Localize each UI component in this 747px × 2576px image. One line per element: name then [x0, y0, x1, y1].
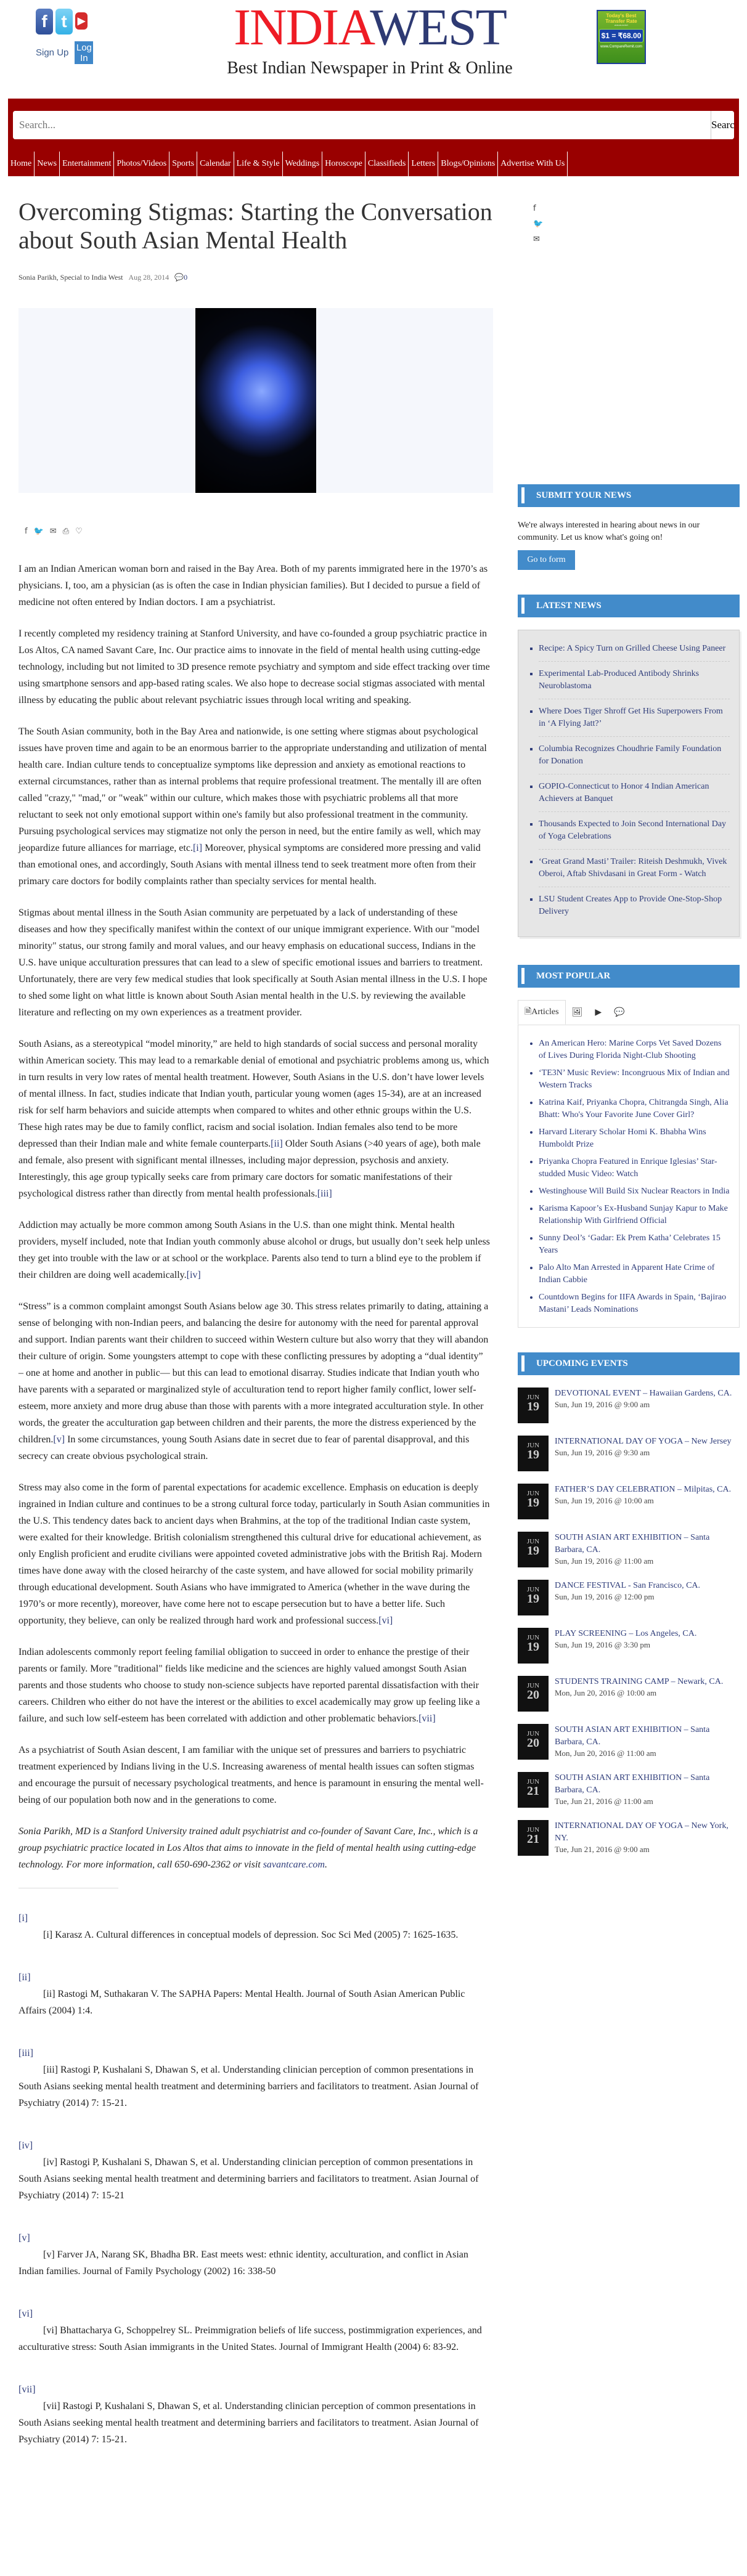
signup-link[interactable]: Sign Up — [36, 47, 68, 58]
paragraph: Stigmas about mental illness in the Sout… — [18, 904, 490, 1021]
reference-item: [i][i] Karasz A. Cultural differences in… — [18, 1910, 490, 1943]
reference-anchor[interactable]: [ii] — [18, 1969, 490, 1986]
print-icon[interactable]: ⎙ — [63, 527, 69, 536]
nav-item-photos-videos[interactable]: Photos/Videos — [114, 152, 169, 176]
email-share-icon[interactable]: ✉ — [533, 235, 540, 244]
popular-item[interactable]: Westinghouse Will Build Six Nuclear Reac… — [539, 1185, 730, 1198]
comment-icon: 💬 — [174, 273, 184, 282]
event-time: Mon, Jun 20, 2016 @ 11:00 am — [555, 1749, 740, 1758]
youtube-icon[interactable]: ▶ — [75, 12, 88, 30]
tab-videos[interactable]: ▶ — [589, 1000, 608, 1025]
ad-url: www.CompareRemit.com — [598, 45, 645, 49]
search-bar: Search — [13, 111, 734, 139]
play-icon: ▶ — [595, 1007, 602, 1018]
event-title-link[interactable]: INTERNATIONAL DAY OF YOGA – New Jersey — [555, 1436, 731, 1448]
email-share-icon[interactable]: ✉ — [50, 527, 57, 536]
event-title-link[interactable]: SOUTH ASIAN ART EXHIBITION – Santa Barba… — [555, 1532, 740, 1556]
reference-item: [iii][iii] Rastogi P, Kushalani S, Dhawa… — [18, 2045, 490, 2111]
popular-item[interactable]: Katrina Kaif, Priyanka Chopra, Chitrangd… — [539, 1097, 730, 1121]
popular-item[interactable]: ‘TE3N’ Music Review: Incongruous Mix of … — [539, 1067, 730, 1092]
event-time: Sun, Jun 19, 2016 @ 10:00 am — [555, 1496, 731, 1506]
event-title-link[interactable]: FATHER’S DAY CELEBRATION – Milpitas, CA. — [555, 1484, 731, 1496]
paragraph: Stress may also come in the form of pare… — [18, 1479, 490, 1629]
footnotes-divider — [18, 1888, 118, 1888]
twitter-icon[interactable]: t — [55, 9, 73, 35]
ad-date: 2016-06-19 PDT — [598, 24, 645, 26]
article-body: I am an Indian American woman born and r… — [18, 561, 493, 2448]
popular-item[interactable]: Sunny Deol’s ‘Gadar: Ek Prem Katha’ Cele… — [539, 1232, 730, 1257]
nav-item-horoscope[interactable]: Horoscope — [322, 152, 365, 176]
nav-item-blogs-opinions[interactable]: Blogs/Opinions — [438, 152, 498, 176]
comments-link[interactable]: 💬0 — [174, 273, 187, 282]
widget-title: UPCOMING EVENTS — [518, 1352, 740, 1375]
tab-photos[interactable]: 🖼 — [566, 1000, 589, 1025]
event-title-link[interactable]: PLAY SCREENING – Los Angeles, CA. — [555, 1628, 696, 1640]
author-bio: Sonia Parikh, MD is a Stanford Universit… — [18, 1823, 490, 1873]
reference-item: [vii][vii] Rastogi P, Kushalani S, Dhawa… — [18, 2381, 490, 2448]
popular-item[interactable]: An American Hero: Marine Corps Vet Saved… — [539, 1038, 730, 1062]
article-image-container — [18, 308, 493, 493]
paragraph: I am an Indian American woman born and r… — [18, 561, 490, 611]
nav-item-sports[interactable]: Sports — [169, 152, 197, 176]
twitter-share-icon[interactable]: 🐦 — [34, 527, 44, 536]
tab-comments[interactable]: 💬 — [608, 1000, 631, 1025]
login-button[interactable]: Log In — [75, 41, 93, 64]
heart-icon[interactable]: ♡ — [75, 527, 83, 536]
event-time: Mon, Jun 20, 2016 @ 10:00 am — [555, 1688, 723, 1698]
ad-title: Today's Best Transfer Rate — [598, 13, 645, 24]
comments-icon: 💬 — [614, 1007, 624, 1018]
image-icon: 🖼 — [572, 1007, 583, 1018]
nav-item-news[interactable]: News — [35, 152, 60, 176]
site-tagline: Best Indian Newspaper in Print & Online — [185, 59, 555, 78]
latest-news-item[interactable]: Where Does Tiger Shroff Get His Superpow… — [539, 705, 730, 737]
main-navigation: Search Home News Entertainment Photos/Vi… — [8, 99, 739, 176]
paragraph: As a psychiatrist of South Asian descent… — [18, 1742, 490, 1808]
savantcare-link[interactable]: savantcare.com — [263, 1859, 325, 1870]
footnote-link[interactable]: [iii] — [317, 1188, 332, 1199]
site-logo[interactable]: INDIAWEST Best Indian Newspaper in Print… — [185, 3, 555, 78]
paragraph: Indian adolescents commonly report feeli… — [18, 1644, 490, 1727]
paragraph: I recently completed my residency traini… — [18, 625, 490, 709]
footnote-link[interactable]: [iv] — [187, 1270, 201, 1280]
event-time: Sun, Jun 19, 2016 @ 9:00 am — [555, 1400, 732, 1410]
article-title: Overcoming Stigmas: Starting the Convers… — [18, 198, 493, 254]
popular-item[interactable]: Priyanka Chopra Featured in Enrique Igle… — [539, 1156, 730, 1180]
nav-item-letters[interactable]: Letters — [409, 152, 438, 176]
widget-title: MOST POPULAR — [518, 965, 740, 988]
reference-item: [vi][vi] Bhattacharya G, Schoppelrey SL.… — [18, 2306, 490, 2355]
paragraph: The South Asian community, both in the B… — [18, 723, 490, 890]
footnote-link[interactable]: [v] — [53, 1434, 65, 1445]
latest-news-item[interactable]: GOPIO-Connecticut to Honor 4 Indian Amer… — [539, 781, 730, 812]
event-title-link[interactable]: SOUTH ASIAN ART EXHIBITION – Santa Barba… — [555, 1772, 740, 1797]
event-title-link[interactable]: DANCE FESTIVAL - San Francisco, CA. — [555, 1580, 700, 1592]
event-title-link[interactable]: STUDENTS TRAINING CAMP – Newark, CA. — [555, 1676, 723, 1688]
event-time: Sun, Jun 19, 2016 @ 11:00 am — [555, 1556, 740, 1566]
paragraph: Addiction may actually be more common am… — [18, 1217, 490, 1283]
search-input[interactable] — [13, 111, 711, 139]
event-time: Sun, Jun 19, 2016 @ 3:30 pm — [555, 1640, 696, 1650]
latest-news-item[interactable]: Thousands Expected to Join Second Intern… — [539, 818, 730, 850]
floating-share: f 🐦 ✉ — [493, 176, 561, 2474]
latest-news-item[interactable]: Columbia Recognizes Choudhrie Family Fou… — [539, 743, 730, 774]
event-time: Tue, Jun 21, 2016 @ 11:00 am — [555, 1797, 740, 1806]
reference-anchor[interactable]: [iii] — [18, 2045, 490, 2062]
nav-item-home[interactable]: Home — [8, 152, 35, 176]
transfer-rate-ad[interactable]: Today's Best Transfer Rate 2016-06-19 PD… — [597, 10, 646, 64]
ad-rate: $1 = ₹68.00 — [599, 29, 643, 43]
nav-menu: Home News Entertainment Photos/Videos Sp… — [8, 152, 739, 176]
reference-anchor[interactable]: [v] — [18, 2230, 490, 2246]
search-button[interactable]: Search — [711, 111, 734, 139]
latest-news-item[interactable]: Experimental Lab-Produced Antibody Shrin… — [539, 668, 730, 699]
site-header: f t ▶ Sign Up Log In INDIAWEST Best Indi… — [0, 0, 747, 99]
reference-item: [iv][iv] Rastogi P, Kushalani S, Dhawan … — [18, 2137, 490, 2204]
footnote-link[interactable]: [vii] — [418, 1713, 436, 1724]
event-time: Tue, Jun 21, 2016 @ 9:00 am — [555, 1845, 740, 1855]
facebook-icon[interactable]: f — [36, 9, 53, 35]
logo-west: WEST — [370, 0, 506, 56]
header-social-links: f t ▶ — [36, 9, 88, 35]
popular-item[interactable]: Countdown Begins for IIFA Awards in Spai… — [539, 1291, 730, 1316]
logo-india: INDIA — [234, 0, 370, 56]
popular-item[interactable]: Harvard Literary Scholar Homi K. Bhabha … — [539, 1126, 730, 1151]
reference-item: [v][v] Farver JA, Narang SK, Bhadha BR. … — [18, 2230, 490, 2280]
facebook-share-icon[interactable]: f — [25, 527, 28, 536]
twitter-share-icon[interactable]: 🐦 — [533, 219, 543, 229]
reference-item: [ii][ii] Rastogi M, Suthakaran V. The SA… — [18, 1969, 490, 2019]
event-title-link[interactable]: INTERNATIONAL DAY OF YOGA – New York, NY… — [555, 1820, 740, 1845]
share-bar: f 🐦 ✉ ⎙ ♡ — [18, 527, 493, 536]
popular-item[interactable]: Palo Alto Man Arrested in Apparent Hate … — [539, 1262, 730, 1286]
reference-anchor[interactable]: [vii] — [18, 2381, 490, 2398]
paragraph: “Stress” is a common complaint amongst S… — [18, 1298, 490, 1465]
nav-item-life-style[interactable]: Life & Style — [234, 152, 283, 176]
footnote-link[interactable]: [ii] — [271, 1139, 283, 1149]
nav-item-classifieds[interactable]: Classifieds — [365, 152, 409, 176]
reference-anchor[interactable]: [vi] — [18, 2306, 490, 2322]
reference-anchor[interactable]: [iv] — [18, 2137, 490, 2154]
byline: Sonia Parikh, Special to India West Aug … — [18, 273, 493, 282]
reference-anchor[interactable]: [i] — [18, 1910, 490, 1927]
nav-item-weddings[interactable]: Weddings — [283, 152, 323, 176]
latest-news-item[interactable]: ‘Great Grand Masti’ Trailer: Riteish Des… — [539, 856, 730, 887]
article-main: Overcoming Stigmas: Starting the Convers… — [18, 176, 493, 2474]
author: Sonia Parikh, Special to India West — [18, 273, 123, 282]
nav-item-entertainment[interactable]: Entertainment — [60, 152, 114, 176]
nav-item-advertise[interactable]: Advertise With Us — [498, 152, 568, 176]
event-title-link[interactable]: SOUTH ASIAN ART EXHIBITION – Santa Barba… — [555, 1724, 740, 1749]
widget-title: LATEST NEWS — [518, 595, 740, 617]
footnote-link[interactable]: [vi] — [378, 1615, 393, 1626]
event-time: Sun, Jun 19, 2016 @ 12:00 pm — [555, 1592, 700, 1602]
event-title-link[interactable]: DEVOTIONAL EVENT – Hawaiian Gardens, CA. — [555, 1388, 732, 1400]
brain-image[interactable] — [195, 308, 316, 493]
nav-item-calendar[interactable]: Calendar — [197, 152, 234, 176]
widget-title: SUBMIT YOUR NEWS — [518, 484, 740, 507]
popular-item[interactable]: Karisma Kapoor’s Ex-Husband Sunjay Kapur… — [539, 1203, 730, 1227]
latest-news-item[interactable]: Recipe: A Spicy Turn on Grilled Cheese U… — [539, 643, 730, 662]
publish-date: Aug 28, 2014 — [128, 273, 169, 282]
facebook-share-icon[interactable]: f — [533, 204, 536, 213]
event-time: Sun, Jun 19, 2016 @ 9:30 am — [555, 1448, 731, 1458]
footnote-link[interactable]: [i] — [193, 843, 202, 853]
paragraph: South Asians, as a stereotypical “model … — [18, 1036, 490, 1202]
latest-news-item[interactable]: LSU Student Creates App to Provide One-S… — [539, 893, 730, 924]
